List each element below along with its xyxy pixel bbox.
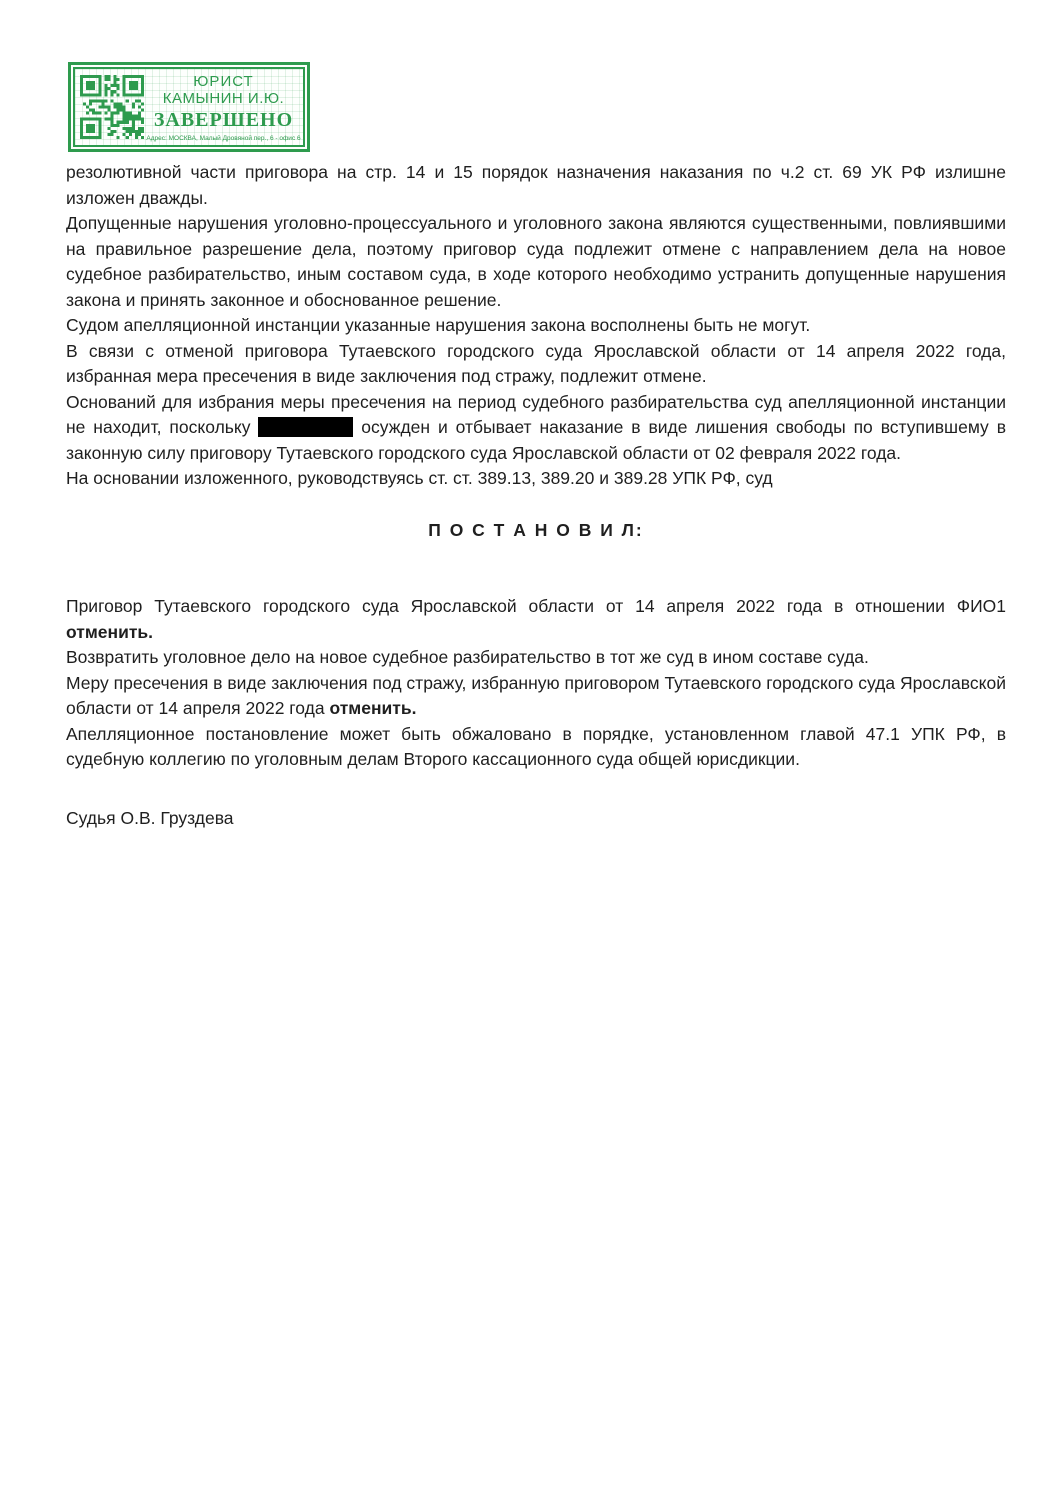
stamp-title: ЮРИСТ (193, 74, 253, 91)
paragraph: резолютивной части приговора на стр. 14 … (66, 160, 1006, 211)
paragraph: Меру пресечения в виде заключения под ст… (66, 671, 1006, 722)
paragraph: Судом апелляционной инстанции указанные … (66, 313, 1006, 339)
paragraph: Допущенные нарушения уголовно-процессуал… (66, 211, 1006, 313)
text-segment: Апелляционное постановление может быть о… (66, 724, 1006, 770)
lawyer-stamp: ЮРИСТ КАМЫНИН И.Ю. ЗАВЕРШЕНО Адрес: МОСК… (68, 62, 310, 152)
text-segment: В связи с отменой приговора Тутаевского … (66, 341, 1006, 387)
ruling-heading: П О С Т А Н О В И Л: (66, 518, 1006, 544)
text-segment: Судом апелляционной инстанции указанные … (66, 315, 810, 335)
redaction-box (258, 417, 353, 437)
stamp-status: ЗАВЕРШЕНО (154, 109, 293, 131)
paragraph: Апелляционное постановление может быть о… (66, 722, 1006, 773)
qr-code-icon (80, 75, 144, 139)
paragraph: Приговор Тутаевского городского суда Яро… (66, 594, 1006, 645)
emphasized-text: отменить. (329, 698, 416, 718)
emphasized-text: отменить. (66, 622, 153, 642)
document-body: резолютивной части приговора на стр. 14 … (66, 160, 1006, 849)
judge-signature: Судья О.В. Груздева (66, 806, 1006, 832)
stamp-address: Адрес: МОСКВА, Малый Дровяной пер., 6 - … (146, 135, 300, 142)
paragraph: Оснований для избрания меры пресечения н… (66, 390, 1006, 467)
text-segment: Приговор Тутаевского городского суда Яро… (66, 596, 1006, 616)
lawyer-stamp-frame: ЮРИСТ КАМЫНИН И.Ю. ЗАВЕРШЕНО Адрес: МОСК… (73, 67, 305, 147)
paragraph: В связи с отменой приговора Тутаевского … (66, 339, 1006, 390)
paragraphs-before-ruling: резолютивной части приговора на стр. 14 … (66, 160, 1006, 492)
text-segment: Допущенные нарушения уголовно-процессуал… (66, 213, 1006, 310)
paragraph: На основании изложенного, руководствуясь… (66, 466, 1006, 492)
stamp-name: КАМЫНИН И.Ю. (163, 91, 284, 108)
text-segment: Меру пресечения в виде заключения под ст… (66, 673, 1006, 719)
paragraphs-after-ruling: Приговор Тутаевского городского суда Яро… (66, 594, 1006, 773)
paragraph: Возвратить уголовное дело на новое судеб… (66, 645, 1006, 671)
text-segment: Возвратить уголовное дело на новое судеб… (66, 647, 869, 667)
stamp-text-block: ЮРИСТ КАМЫНИН И.Ю. ЗАВЕРШЕНО Адрес: МОСК… (144, 72, 303, 142)
court-document-page: ЮРИСТ КАМЫНИН И.Ю. ЗАВЕРШЕНО Адрес: МОСК… (0, 0, 1061, 1500)
text-segment: На основании изложенного, руководствуясь… (66, 468, 773, 488)
text-segment: резолютивной части приговора на стр. 14 … (66, 162, 1006, 208)
